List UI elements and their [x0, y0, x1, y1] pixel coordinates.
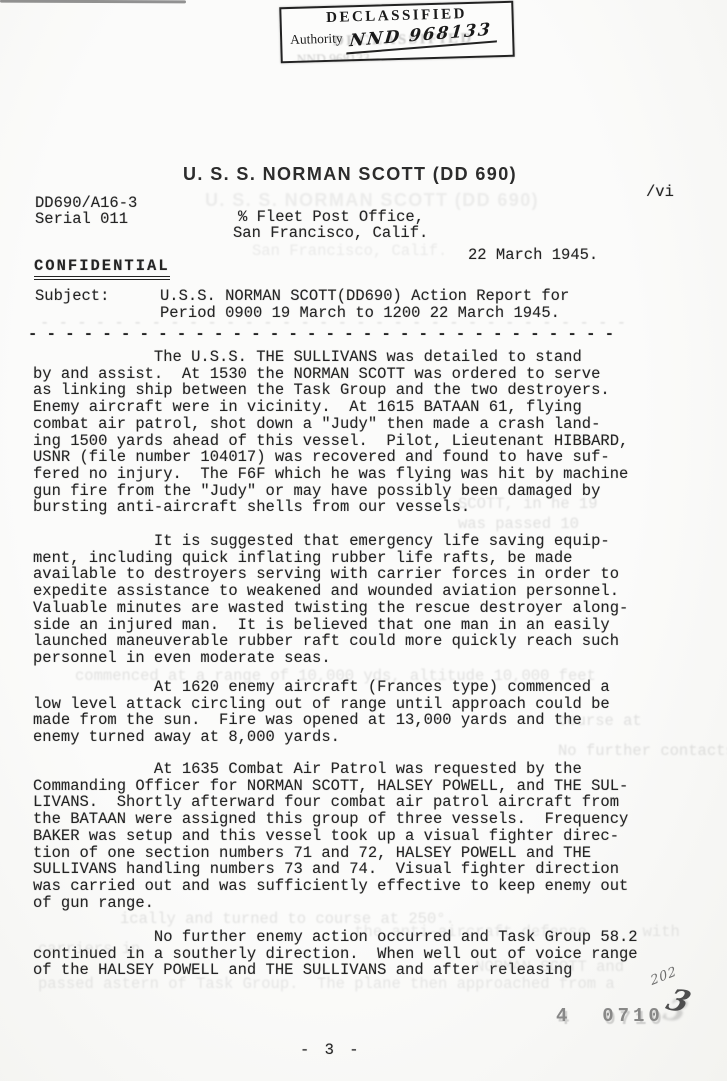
paragraph-3: At 1620 enemy aircraft (Frances type) co… — [33, 679, 633, 746]
ghost-text-right-c: course at No further contacts — [558, 706, 727, 766]
ghost-text-mid-b: commenced at a range of 10,000 yds, alti… — [75, 668, 596, 685]
document-title: U. S. S. NORMAN SCOTT (DD 690) — [183, 164, 517, 185]
address-ghost: San Francisco, Calif. — [252, 243, 447, 260]
stamp-ghost-echo: DECLASSIFIED NND 968133 — [288, 28, 515, 64]
paragraph-4: At 1635 Combat Air Patrol was requested … — [33, 761, 633, 911]
typist-initials: /vi — [646, 184, 674, 201]
address-line-2: San Francisco, Calif. — [233, 225, 428, 242]
document-page: DECLASSIFIED AuthorityNND 968133 DECLASS… — [0, 0, 727, 1081]
paragraph-2: It is suggested that emergency life savi… — [33, 533, 633, 667]
declassified-stamp: DECLASSIFIED AuthorityNND 968133 DECLASS… — [279, 1, 514, 64]
ghost-text-bottom-e: the anti-aircraft defense with carriers … — [38, 924, 680, 993]
footer-stamp-number: 4 0710 — [556, 1008, 664, 1025]
page-number: - 3 - — [300, 1042, 362, 1059]
serial-number: Serial 011 — [35, 211, 128, 228]
scan-smudge — [0, 0, 186, 3]
subject-label: Subject: — [35, 288, 109, 305]
ghost-text-right-a: SCOTT, in he 19 was passed 10 — [458, 494, 598, 534]
paragraph-1: The U.S.S. THE SULLIVANS was detailed to… — [33, 349, 633, 516]
document-date: 22 March 1945. — [468, 247, 598, 264]
classification-stamp: CONFIDENTIAL — [34, 258, 170, 280]
separator-dashes: - - - - - - - - - - - - - - - - - - - - … — [28, 326, 614, 343]
